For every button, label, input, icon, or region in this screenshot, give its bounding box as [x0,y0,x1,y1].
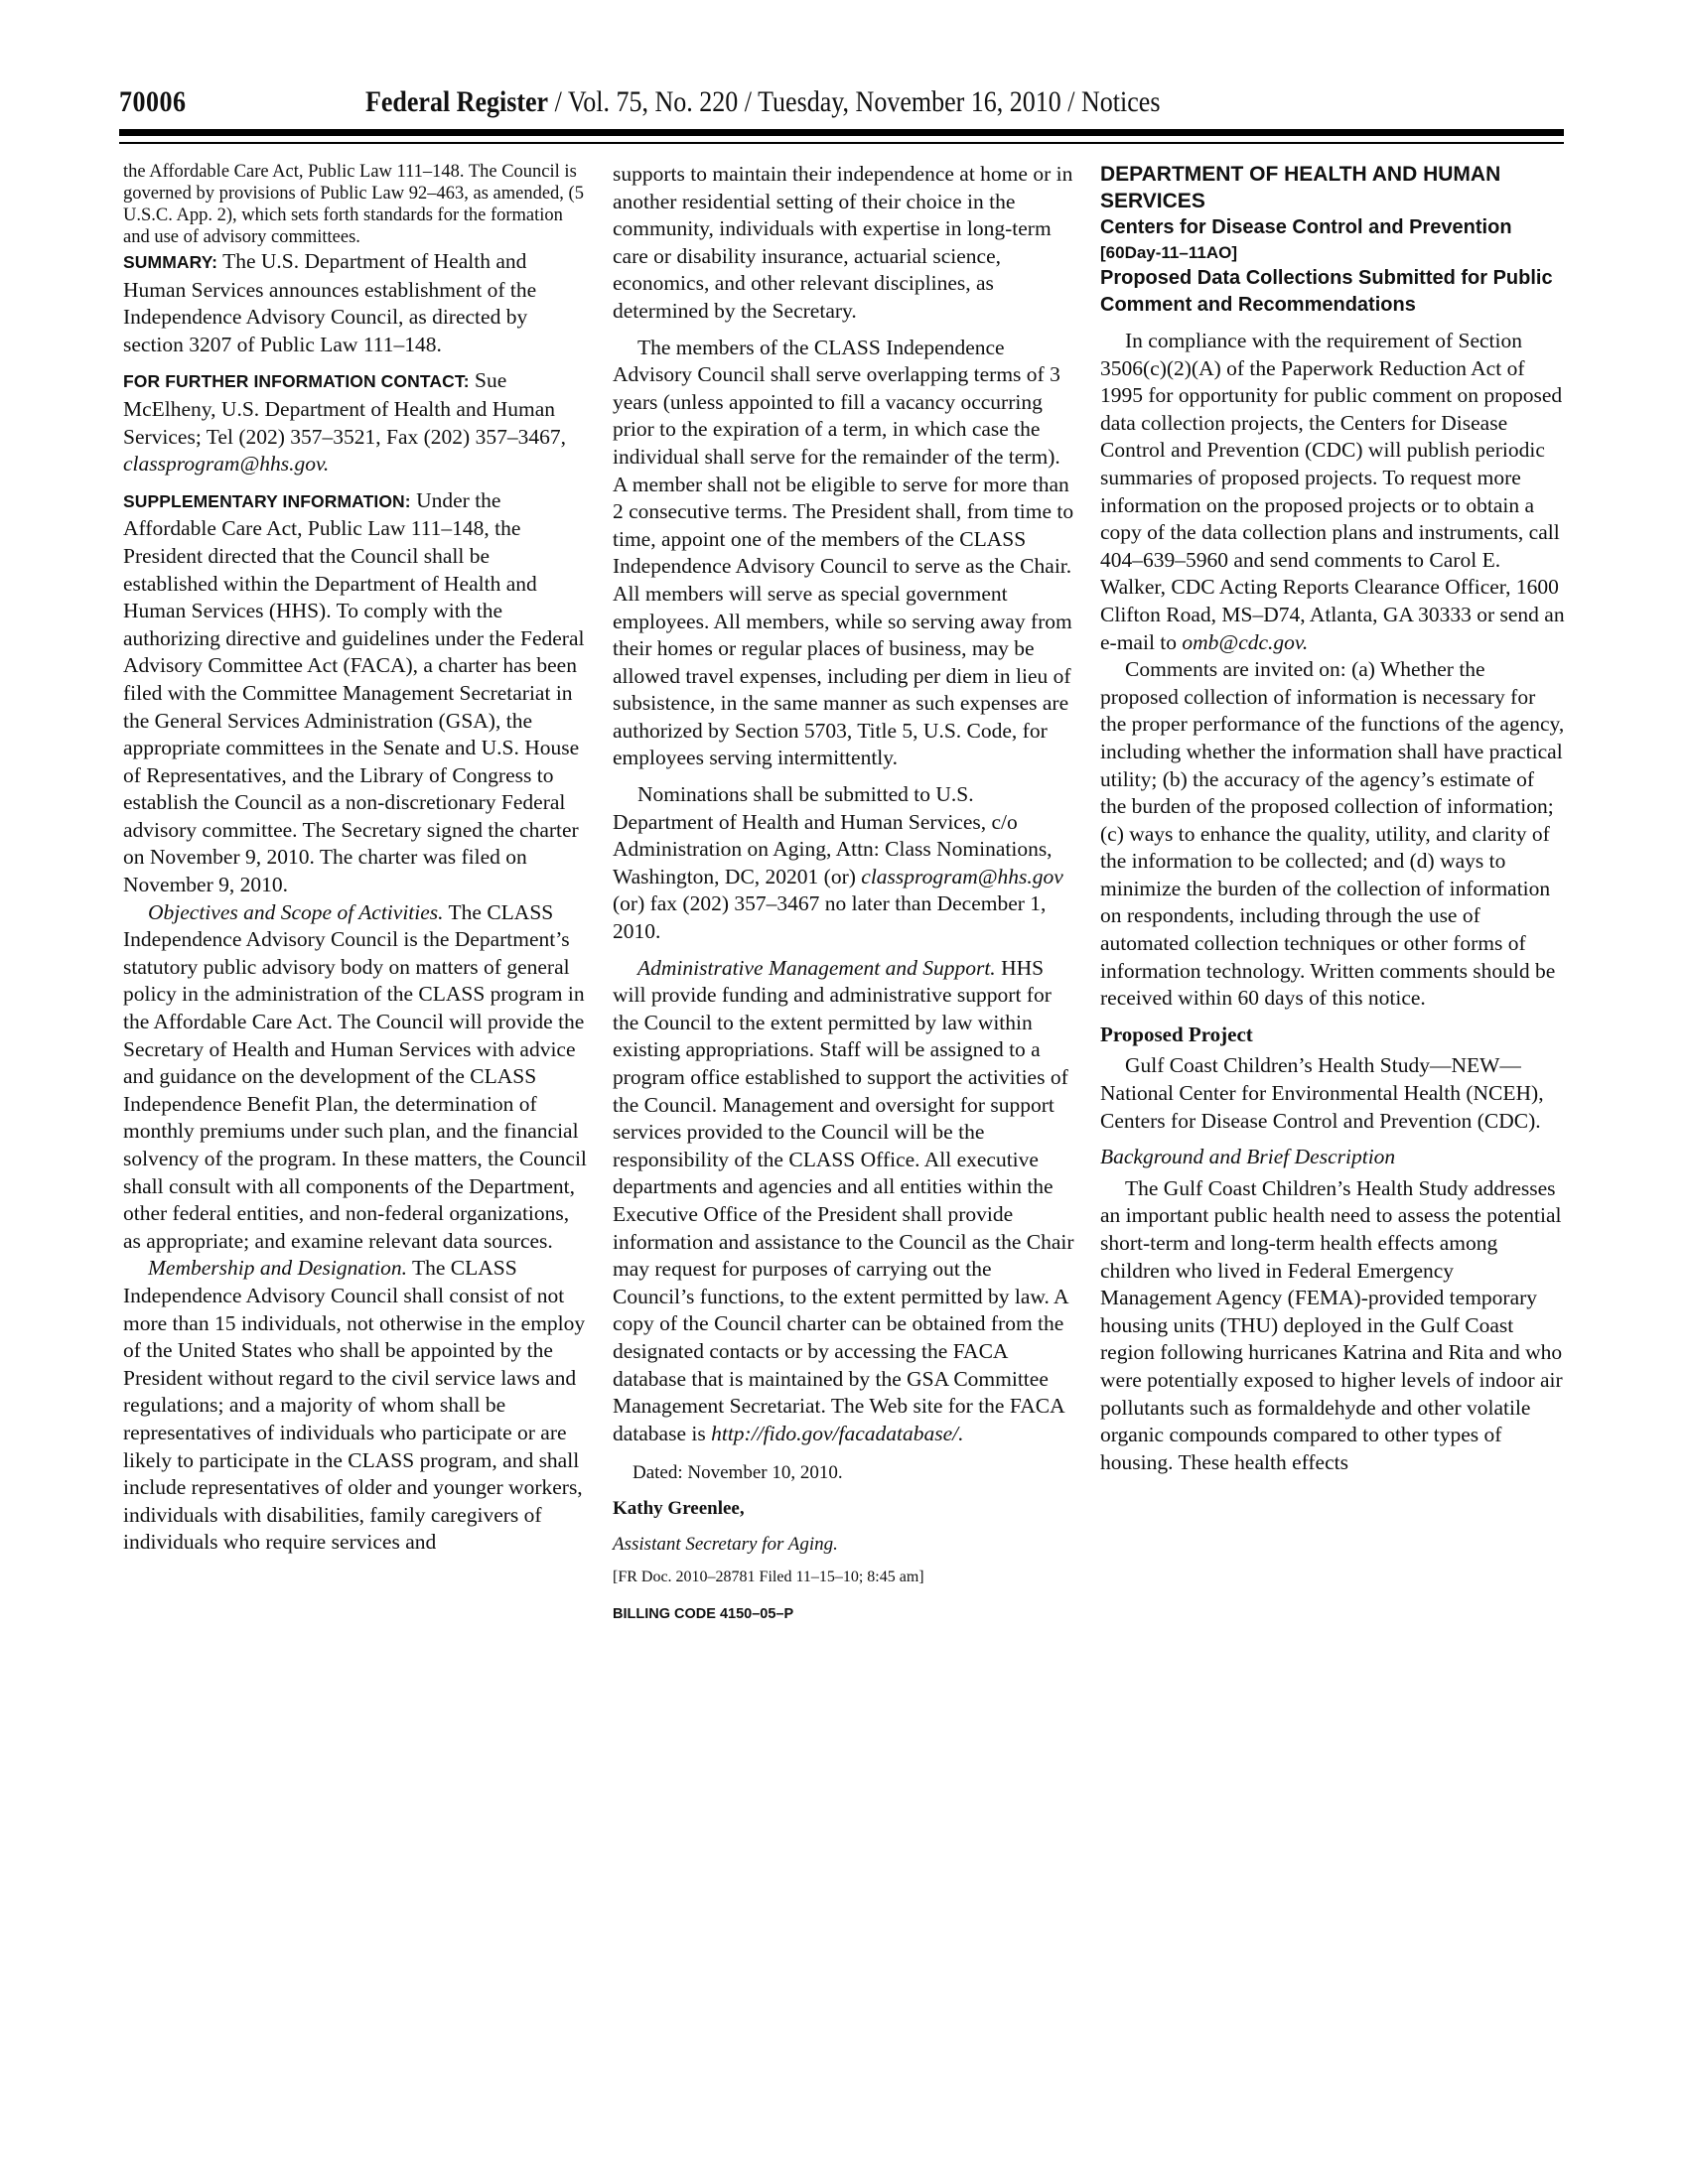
terms-paragraph: The members of the CLASS Independence Ad… [613,335,1077,773]
page-number: 70006 [119,85,187,119]
omb-email-link[interactable]: omb@cdc.gov. [1182,630,1308,654]
objectives-text: The CLASS Independence Advisory Council … [123,900,587,1253]
column-1: the Affordable Care Act, Public Law 111–… [123,161,588,1557]
proposed-project-heading: Proposed Project [1100,1022,1565,1049]
dated-line: Dated: November 10, 2010. [613,1459,1077,1487]
summary-paragraph: SUMMARY: The U.S. Department of Health a… [123,248,588,358]
supplementary-text: Under the Affordable Care Act, Public La… [123,488,584,896]
signer-title: Assistant Secretary for Aging. [613,1531,1077,1559]
section-name: Notices [1081,85,1160,117]
nominations-email-link[interactable]: classprogram@hhs.gov [861,865,1063,888]
billing-code: BILLING CODE 4150–05–P [613,1601,1077,1629]
volume-number: Vol. 75, No. 220 [568,85,738,117]
column-2: supports to maintain their independence … [613,161,1077,1628]
docket-number: [60Day-11–11AO] [1100,241,1565,265]
intro-paragraph: the Affordable Care Act, Public Law 111–… [123,161,588,248]
signer-name: Kathy Greenlee, [613,1495,1077,1523]
background-heading: Background and Brief Description [1100,1144,1565,1171]
membership-heading: Membership and Designation. [148,1256,407,1280]
notice-subject: Proposed Data Collections Submitted for … [1100,265,1565,319]
continuation-paragraph: supports to maintain their independence … [613,161,1077,326]
header-separator: / [738,85,758,117]
publication-name: Federal Register [365,85,548,117]
compliance-text: In compliance with the requirement of Se… [1100,329,1565,654]
comments-paragraph: Comments are invited on: (a) Whether the… [1100,656,1565,1013]
supplementary-label: SUPPLEMENTARY INFORMATION: [123,491,411,511]
fr-doc-line: [FR Doc. 2010–28781 Filed 11–15–10; 8:45… [613,1564,1077,1591]
admin-text: HHS will provide funding and administrat… [613,956,1074,1445]
agency-heading: DEPARTMENT OF HEALTH AND HUMAN SERVICES [1100,161,1565,214]
compliance-paragraph: In compliance with the requirement of Se… [1100,328,1565,656]
running-header: 70006 Federal Register / Vol. 75, No. 22… [119,85,1564,125]
project-paragraph: Gulf Coast Children’s Health Study—NEW—N… [1100,1052,1565,1135]
column-3: DEPARTMENT OF HEALTH AND HUMAN SERVICES … [1100,161,1565,1476]
membership-paragraph: Membership and Designation. The CLASS In… [123,1255,588,1557]
contact-paragraph: FOR FURTHER INFORMATION CONTACT: Sue McE… [123,367,588,478]
admin-paragraph: Administrative Management and Support. H… [613,955,1077,1448]
faca-database-link[interactable]: http://fido.gov/facadatabase/. [711,1422,963,1445]
summary-label: SUMMARY: [123,252,217,272]
contact-label: FOR FURTHER INFORMATION CONTACT: [123,371,470,391]
contact-email-link[interactable]: classprogram@hhs.gov. [123,452,329,476]
admin-heading: Administrative Management and Support. [637,956,996,980]
background-paragraph: The Gulf Coast Children’s Health Study a… [1100,1175,1565,1477]
nominations-paragraph: Nominations shall be submitted to U.S. D… [613,781,1077,946]
running-head-title: Federal Register / Vol. 75, No. 220 / Tu… [365,85,1160,119]
objectives-heading: Objectives and Scope of Activities. [148,900,444,924]
header-separator: / [548,85,568,117]
issue-date: Tuesday, November 16, 2010 [758,85,1061,117]
objectives-paragraph: Objectives and Scope of Activities. The … [123,899,588,1256]
header-separator: / [1061,85,1081,117]
subagency-heading: Centers for Disease Control and Preventi… [1100,214,1565,241]
supplementary-paragraph: SUPPLEMENTARY INFORMATION: Under the Aff… [123,487,588,899]
membership-text: The CLASS Independence Advisory Council … [123,1256,585,1554]
nominations-tail: (or) fax (202) 357–3467 no later than De… [613,891,1046,943]
header-thin-rule [119,142,1564,144]
header-thick-rule [119,129,1564,136]
